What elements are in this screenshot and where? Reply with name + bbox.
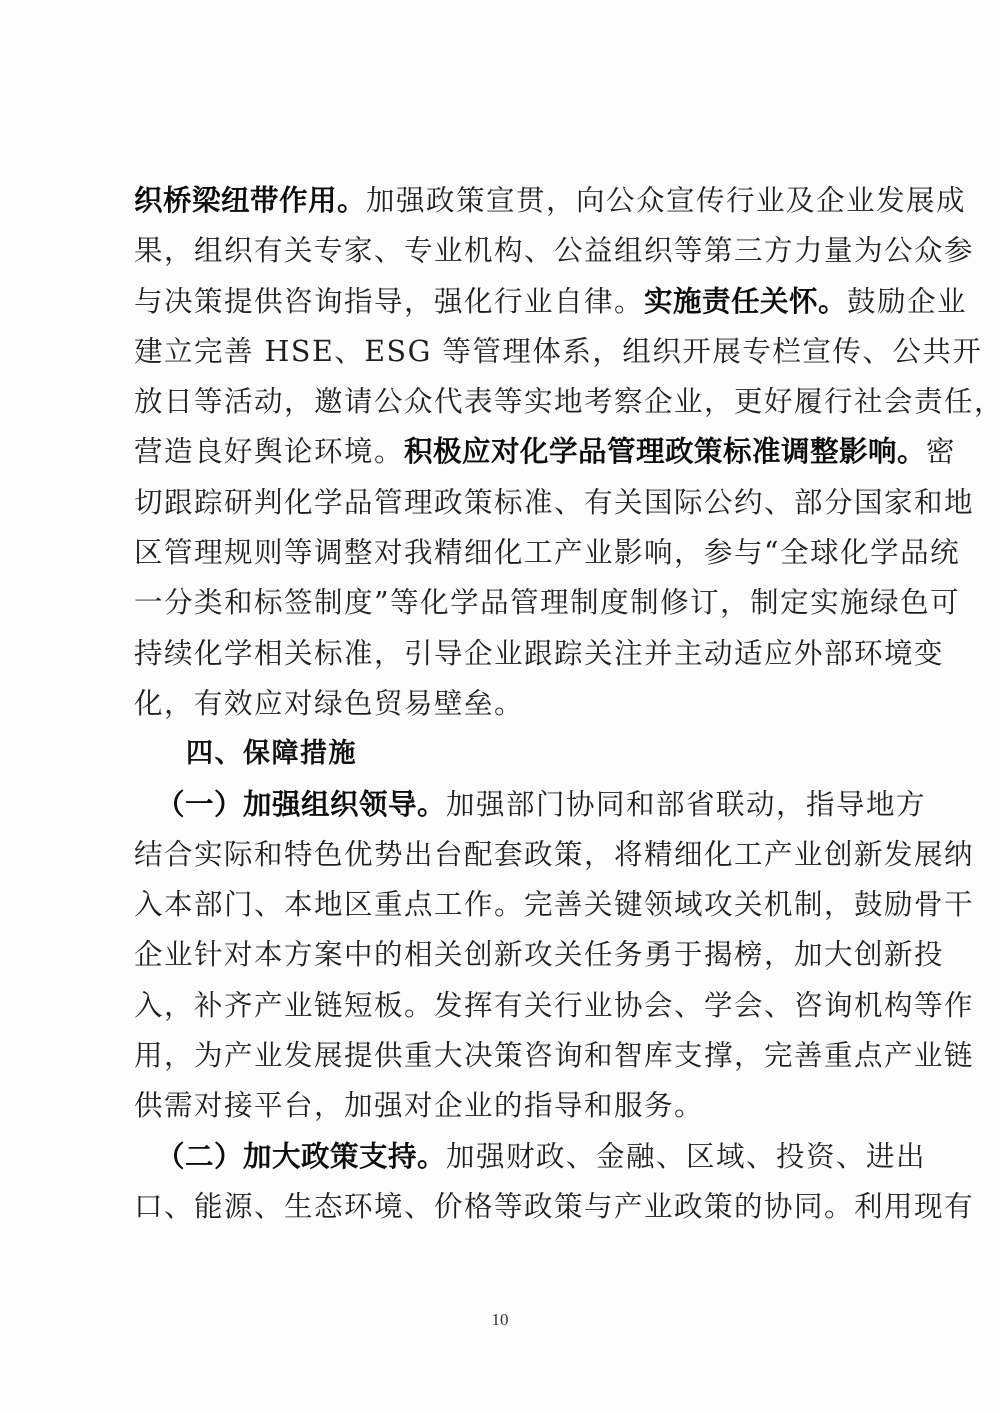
text-line: 织桥梁纽带作用。加强政策宣贯，向公众宣传行业及企业发展成 [134, 181, 878, 231]
text-line: 切跟踪研判化学品管理政策标准、有关国际公约、部分国家和地 [134, 483, 878, 533]
line-text: 区管理规则等调整对我精细化工产业影响，参与“全球化学品统 [134, 536, 960, 569]
line-text: 化，有效应对绿色贸易壁垒。 [134, 687, 524, 720]
text-line: 化，有效应对绿色贸易壁垒。 [134, 684, 878, 734]
line-text: 与决策提供咨询指导，强化行业自律。 [134, 285, 644, 318]
text-line: 果，组织有关专家、专业机构、公益组织等第三方力量为公众参 [134, 231, 878, 281]
line-text: 加强财政、金融、区域、投资、进出 [446, 1140, 926, 1173]
bold-phrase: 积极应对化学品管理政策标准调整影响。 [404, 435, 926, 468]
text-line: 口、能源、生态环境、价格等政策与产业政策的协同。利用现有 [134, 1187, 878, 1237]
text-line: 区管理规则等调整对我精细化工产业影响，参与“全球化学品统 [134, 533, 878, 583]
line-text: 入本部门、本地区重点工作。完善关键领域攻关机制，鼓励骨干 [134, 888, 974, 921]
text-line: 一分类和标签制度”等化学品管理制度制修订，制定实施绿色可 [134, 583, 878, 633]
bold-phrase: 实施责任关怀。 [644, 285, 847, 318]
text-line: 入，补齐产业链短板。发挥有关行业协会、学会、咨询机构等作 [134, 986, 878, 1036]
line-text: 果，组织有关专家、专业机构、公益组织等第三方力量为公众参 [134, 234, 974, 267]
page-body: 织桥梁纽带作用。加强政策宣贯，向公众宣传行业及企业发展成 果，组织有关专家、专业… [134, 181, 878, 1237]
line-text: 持续化学相关标准，引导企业跟踪关注并主动适应外部环境变 [134, 637, 944, 670]
bold-phrase: 织桥梁纽带作用。 [134, 184, 366, 217]
line-text: 建立完善 HSE、ESG 等管理体系，组织开展专栏宣传、公共开 [134, 335, 982, 368]
text-line: 建立完善 HSE、ESG 等管理体系，组织开展专栏宣传、公共开 [134, 332, 878, 382]
line-text: 鼓励企业 [847, 285, 967, 318]
line-text: 供需对接平台，加强对企业的指导和服务。 [134, 1089, 704, 1122]
subsection-title: （二）加大政策支持。 [156, 1140, 446, 1173]
text-line: 入本部门、本地区重点工作。完善关键领域攻关机制，鼓励骨干 [134, 885, 878, 935]
document-page: 织桥梁纽带作用。加强政策宣贯，向公众宣传行业及企业发展成 果，组织有关专家、专业… [0, 0, 1000, 1413]
line-text: 密 [926, 435, 956, 468]
line-text: 结合实际和特色优势出台配套政策，将精细化工产业创新发展纳 [134, 838, 974, 871]
line-text: 一分类和标签制度”等化学品管理制度制修订，制定实施绿色可 [134, 586, 960, 619]
line-text: 入，补齐产业链短板。发挥有关行业协会、学会、咨询机构等作 [134, 989, 974, 1022]
text-line: 持续化学相关标准，引导企业跟踪关注并主动适应外部环境变 [134, 634, 878, 684]
page-number: 10 [0, 1310, 1000, 1330]
line-text: 加强部门协同和部省联动，指导地方 [446, 788, 926, 821]
line-text: 用，为产业发展提供重大决策咨询和智库支撑，完善重点产业链 [134, 1039, 974, 1072]
subsection-first-line: （二）加大政策支持。加强财政、金融、区域、投资、进出 [134, 1137, 878, 1187]
section-heading: 四、保障措施 [134, 734, 878, 784]
subsection-first-line: （一）加强组织领导。加强部门协同和部省联动，指导地方 [134, 785, 878, 835]
subsection-title: （一）加强组织领导。 [156, 788, 446, 821]
text-line: 放日等活动，邀请公众代表等实地考察企业，更好履行社会责任， [134, 382, 878, 432]
text-line: 营造良好舆论环境。积极应对化学品管理政策标准调整影响。密 [134, 432, 878, 482]
line-text: 口、能源、生态环境、价格等政策与产业政策的协同。利用现有 [134, 1190, 974, 1223]
line-text: 企业针对本方案中的相关创新攻关任务勇于揭榜，加大创新投 [134, 938, 944, 971]
text-line: 结合实际和特色优势出台配套政策，将精细化工产业创新发展纳 [134, 835, 878, 885]
line-text: 营造良好舆论环境。 [134, 435, 404, 468]
text-line: 与决策提供咨询指导，强化行业自律。实施责任关怀。鼓励企业 [134, 282, 878, 332]
line-text: 加强政策宣贯，向公众宣传行业及企业发展成 [366, 184, 966, 217]
text-line: 供需对接平台，加强对企业的指导和服务。 [134, 1086, 878, 1136]
text-line: 企业针对本方案中的相关创新攻关任务勇于揭榜，加大创新投 [134, 935, 878, 985]
text-line: 用，为产业发展提供重大决策咨询和智库支撑，完善重点产业链 [134, 1036, 878, 1086]
line-text: 放日等活动，邀请公众代表等实地考察企业，更好履行社会责任， [134, 385, 1000, 418]
line-text: 切跟踪研判化学品管理政策标准、有关国际公约、部分国家和地 [134, 486, 974, 519]
